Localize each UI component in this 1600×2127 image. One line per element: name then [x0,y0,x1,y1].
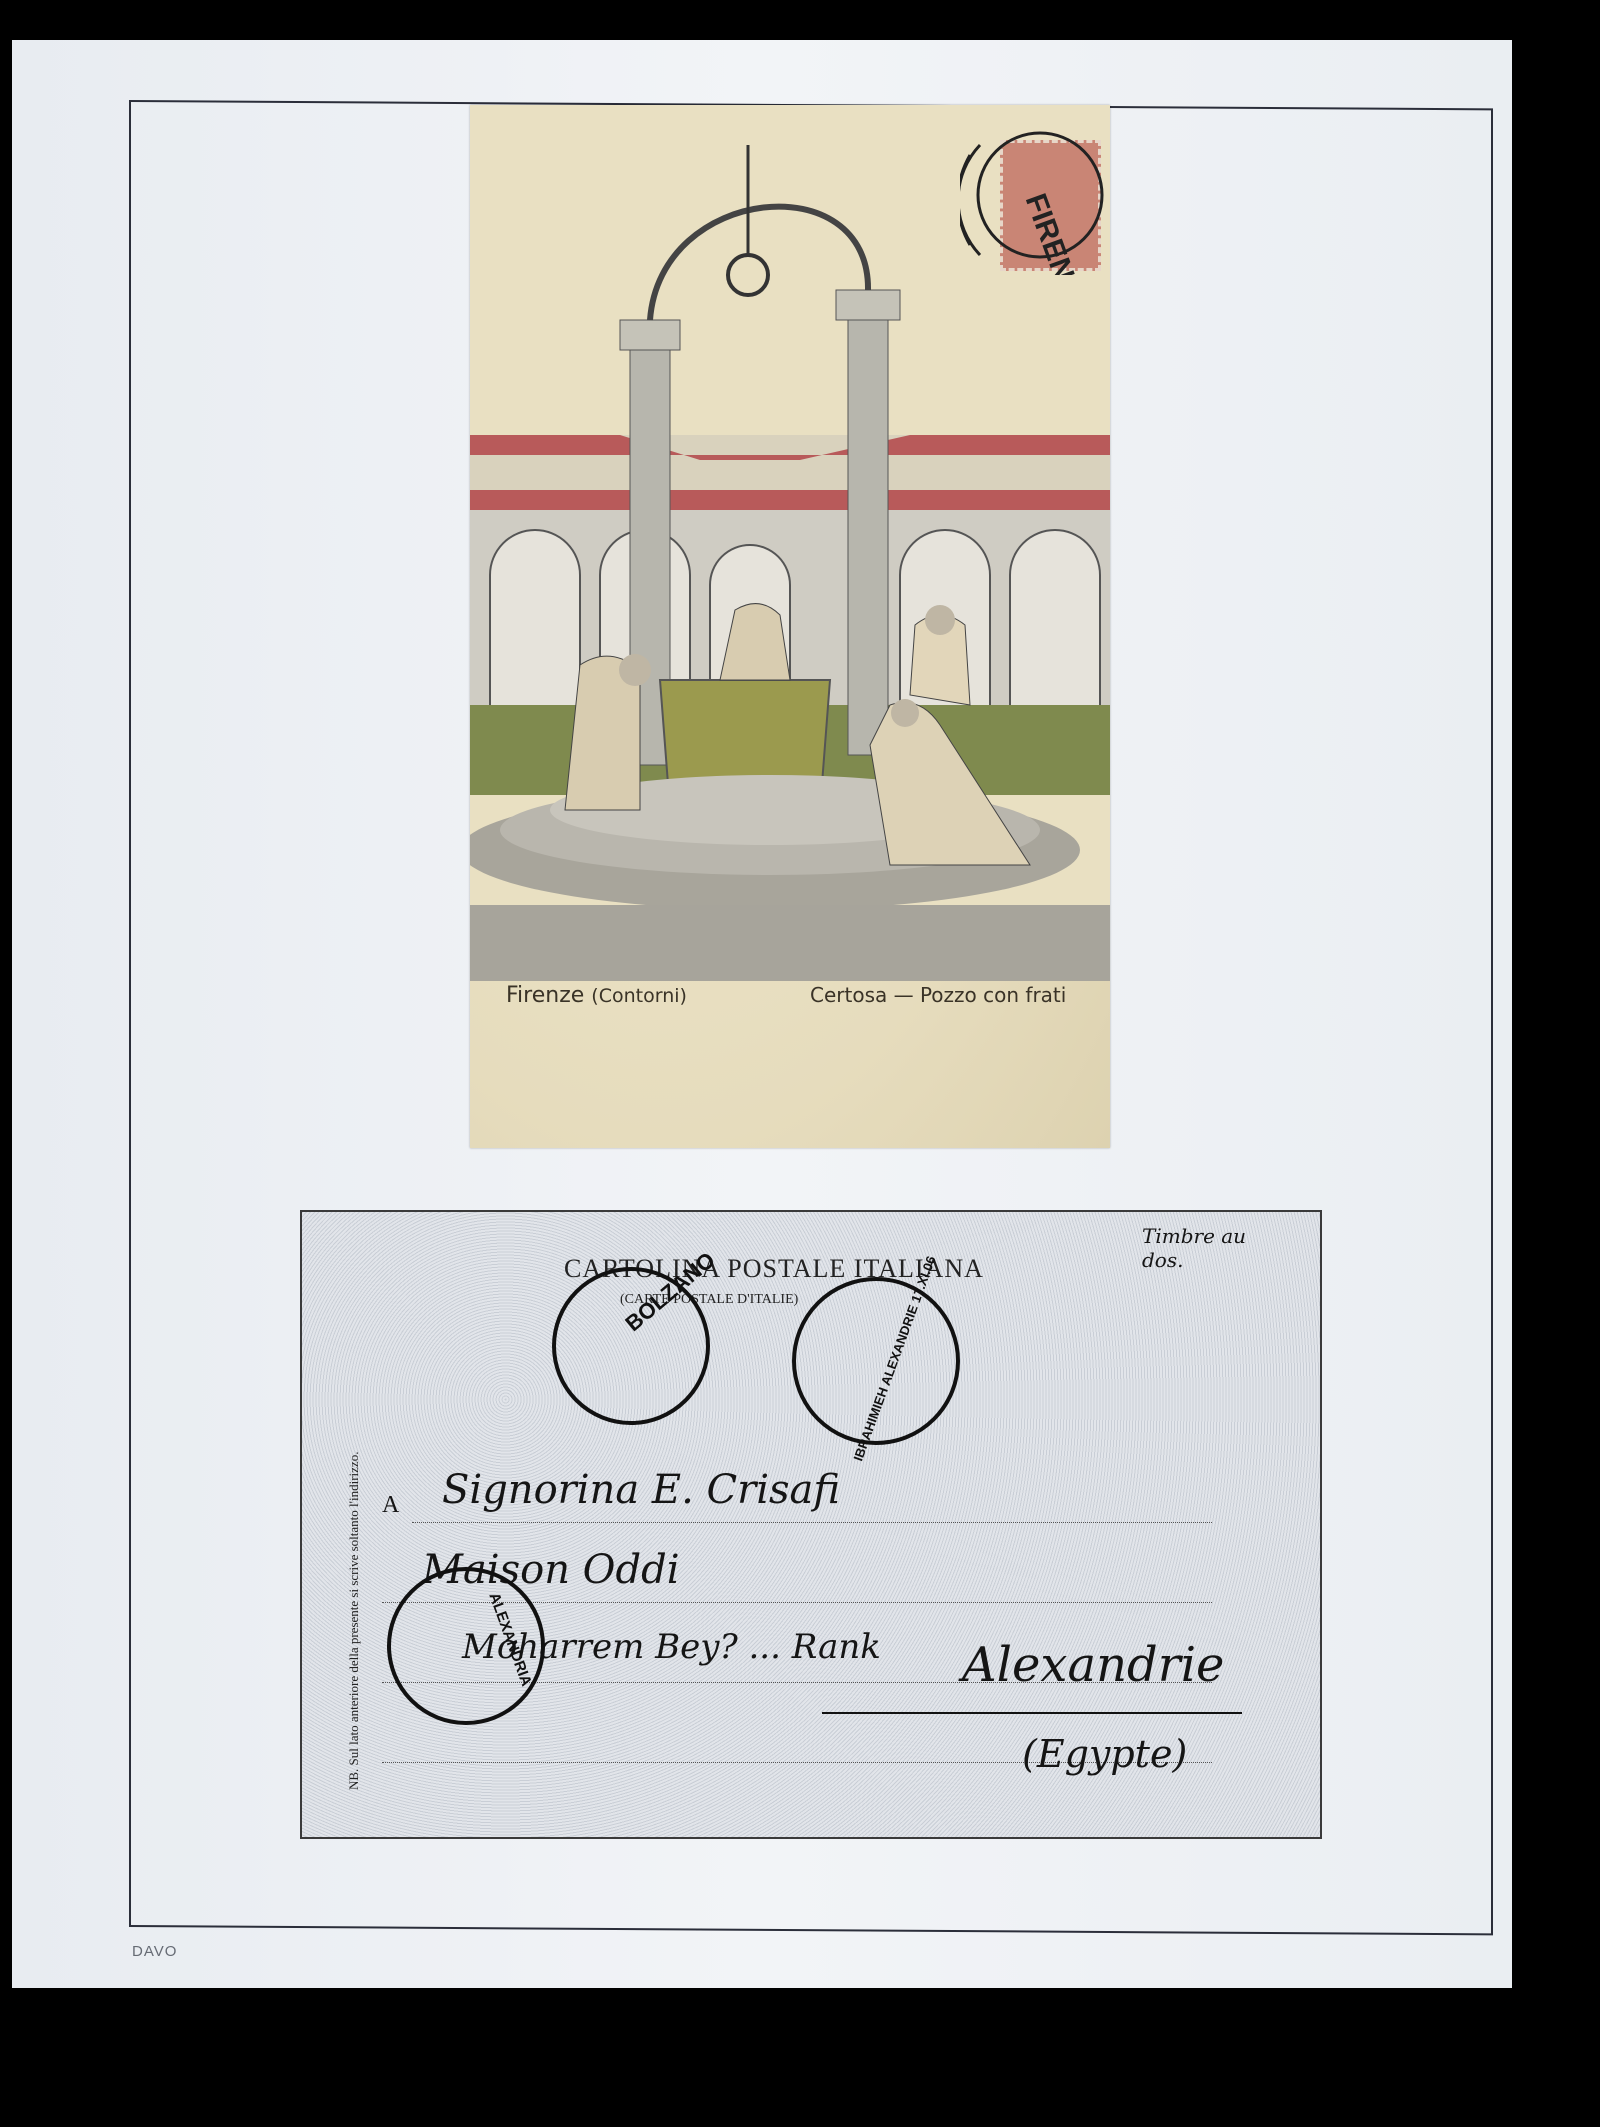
postcard-side-note: NB. Sul lato anteriore della presente si… [346,1230,362,1790]
address-prefix: A [382,1492,399,1519]
postmark-text: IBRAHIMIEH ALEXANDRIE 17.XI.06 [850,1254,938,1463]
address-country: (Egypte) [1022,1732,1187,1776]
svg-text:FIRENZE: FIRENZE [1019,189,1094,275]
city-underline [822,1712,1242,1714]
album-brand-label: DAVO [132,1943,177,1960]
postcard-reverse: CARTOLINA POSTALE ITALIANA (CARTE POSTAL… [300,1210,1322,1839]
address-line-1 [412,1522,1212,1523]
postcard-caption-title: Certosa — Pozzo con frati [810,983,1066,1007]
handwritten-note: Timbre au dos. [1142,1224,1292,1272]
postmark-text: ALEXANDRIA [485,1590,535,1688]
postmark-ibrahimieh-icon: IBRAHIMIEH ALEXANDRIE 17.XI.06 [792,1277,960,1445]
address-city: Alexandrie [962,1637,1224,1693]
address-recipient: Signorina E. Crisafi [442,1467,840,1513]
caption-city: Firenze [506,983,584,1008]
postmark-cancellation-icon: FIRENZE [960,115,1120,275]
caption-area: (Contorni) [591,985,687,1007]
postmark-bolzano-icon: BOLZANO [552,1267,710,1425]
postmark-alexandria-icon: ALEXANDRIA [387,1567,545,1725]
postcard-caption-location: Firenze (Contorni) [506,983,687,1008]
